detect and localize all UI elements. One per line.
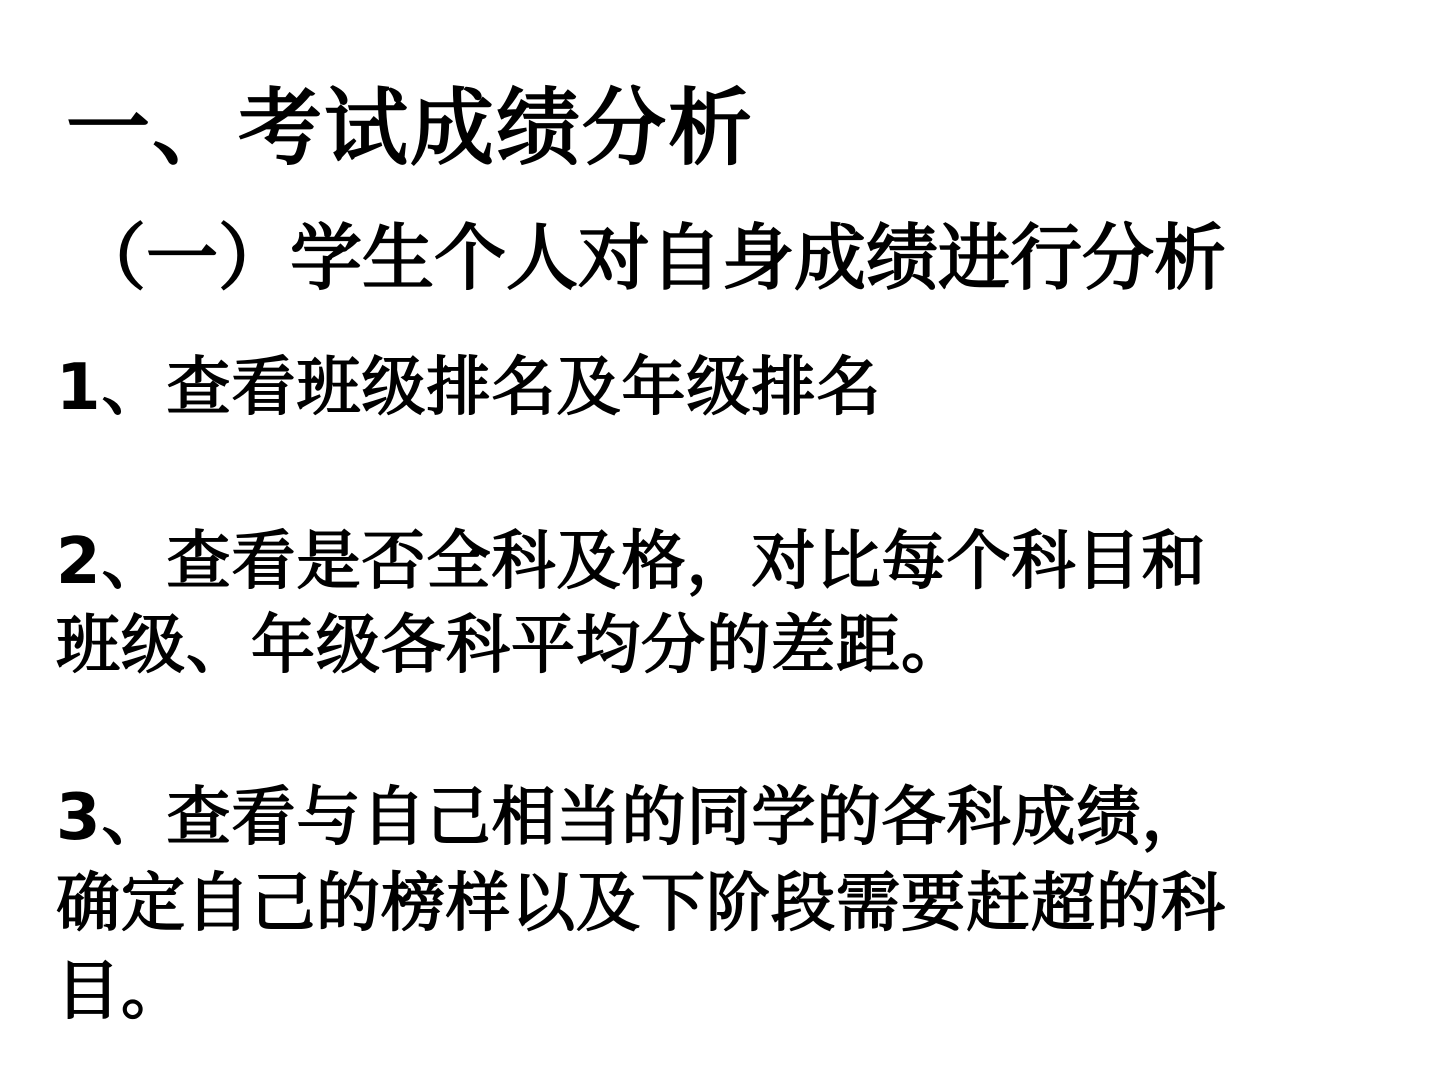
slide-title: 一、考试成绩分析 — [66, 86, 754, 170]
list-item-text: 班级、年级各科平均分的差距。 — [56, 614, 966, 678]
list-item-text: 目。 — [56, 960, 186, 1024]
slide: 一、考试成绩分析 （一）学生个人对自身成绩进行分析 1、查看班级排名及年级排名 … — [0, 0, 1440, 1080]
list-item-text: 2、查看是否全科及格，对比每个科目和 — [56, 530, 1207, 594]
list-item-text: 3、查看与自己相当的同学的各科成绩， — [56, 786, 1207, 850]
list-item-text: 1、查看班级排名及年级排名 — [56, 356, 882, 420]
list-item-text: 确定自己的榜样以及下阶段需要赶超的科 — [56, 872, 1226, 936]
slide-subtitle: （一）学生个人对自身成绩进行分析 — [74, 222, 1226, 294]
